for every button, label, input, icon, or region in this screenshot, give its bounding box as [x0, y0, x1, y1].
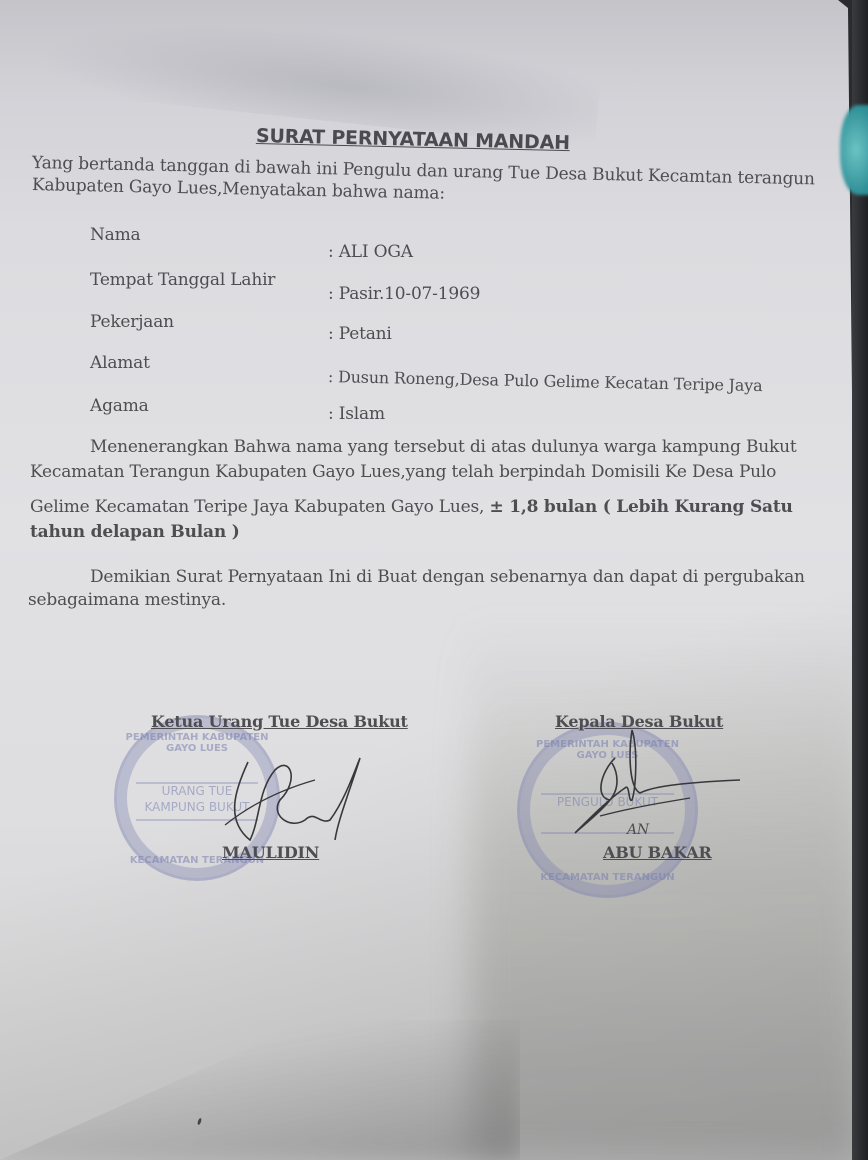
signature-abu-bakar: [570, 728, 740, 838]
closing-line-1: Demikian Surat Pernyataan Ini di Buat de…: [90, 567, 805, 587]
body-line-3: Gelime Kecamatan Teripe Jaya Kabupaten G…: [30, 497, 793, 517]
body-line-3-text: Gelime Kecamatan Teripe Jaya Kabupaten G…: [30, 497, 484, 517]
duration-bold: ± 1,8 bulan ( Lebih Kurang Satu: [489, 497, 792, 517]
field-value-ttl: : Pasir.10-07-1969: [328, 284, 480, 304]
field-label-ttl: Tempat Tanggal Lahir: [90, 270, 275, 290]
field-value-pekerjaan: : Petani: [328, 324, 392, 344]
field-value-agama: : Islam: [328, 404, 385, 424]
closing-line-2: sebagaimana mestinya.: [28, 590, 226, 610]
field-label-nama: Nama: [90, 225, 140, 245]
field-label-agama: Agama: [90, 396, 149, 416]
signer-prefix-an: AN: [627, 822, 649, 838]
field-value-nama: : ALI OGA: [328, 242, 413, 262]
duration-bold-line: tahun delapan Bulan ): [30, 522, 240, 542]
stamp-ring-bottom: KECAMATAN TERANGUN: [520, 872, 695, 883]
signer-name-maulidin: MAULIDIN: [222, 843, 319, 862]
field-label-pekerjaan: Pekerjaan: [90, 312, 174, 332]
teal-object: [840, 105, 868, 195]
signer-role-ketua: Ketua Urang Tue Desa Bukut: [151, 712, 408, 731]
body-line-2: Kecamatan Terangun Kabupaten Gayo Lues,y…: [30, 462, 776, 482]
signature-maulidin: [220, 750, 370, 850]
field-label-alamat: Alamat: [90, 353, 150, 373]
signer-name-abu-bakar: ABU BAKAR: [603, 843, 712, 862]
body-line-1: Menenerangkan Bahwa nama yang tersebut d…: [90, 437, 796, 457]
